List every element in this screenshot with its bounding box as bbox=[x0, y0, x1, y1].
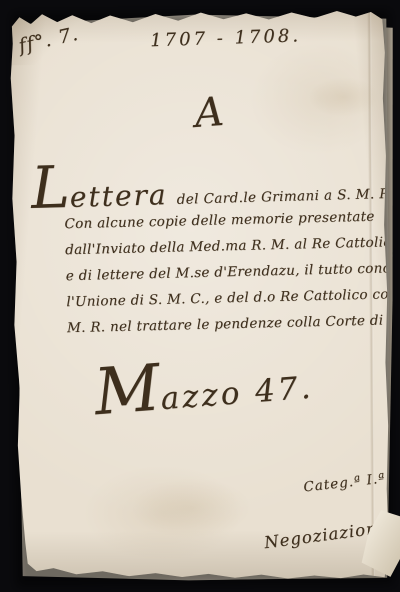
description-block: Con alcune copie delle memorie presentat… bbox=[64, 207, 400, 346]
manuscript-page: ff°. 7. 1707 - 1708. A Lettera del Card.… bbox=[8, 7, 390, 584]
photo-background: ff°. 7. 1707 - 1708. A Lettera del Card.… bbox=[0, 0, 400, 592]
bundle-label: Mazzo 47. bbox=[92, 342, 316, 440]
year-range: 1707 - 1708. bbox=[150, 25, 301, 51]
address-initial: A bbox=[193, 89, 225, 137]
paper-stain bbox=[131, 478, 251, 539]
